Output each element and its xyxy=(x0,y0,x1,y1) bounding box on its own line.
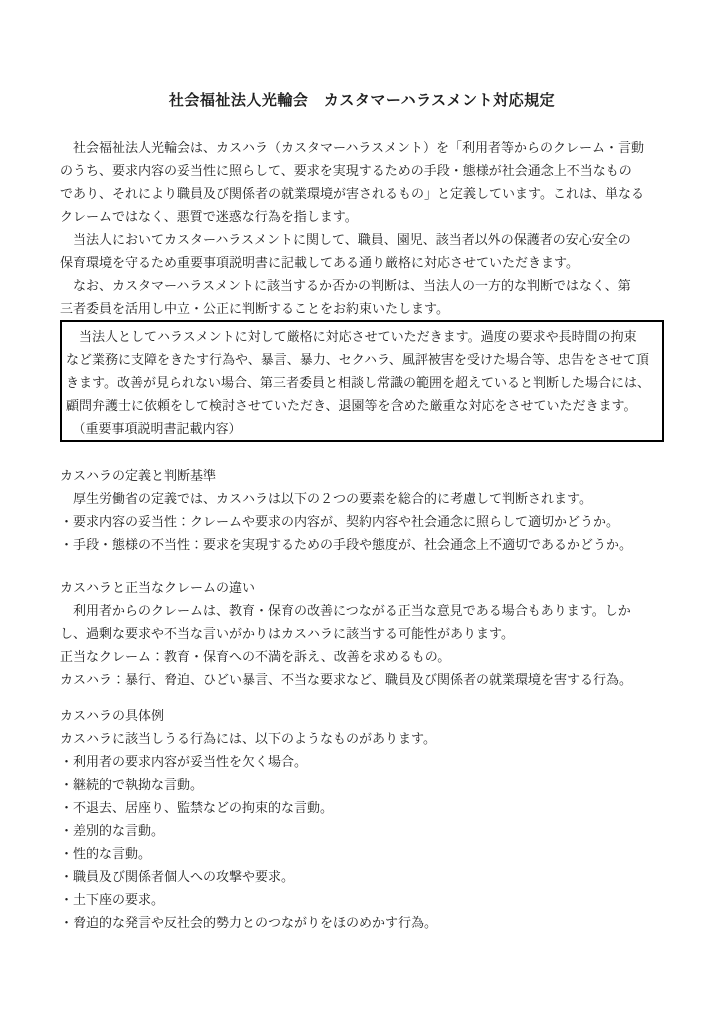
text-line: クレームではなく、悪質で迷惑な行為を指します。 xyxy=(60,205,664,228)
text-line: 当法人においてカスターハラスメントに関して、職員、園児、該当者以外の保護者の安心… xyxy=(60,228,664,251)
section-examples: カスハラの具体例 カスハラに該当しうる行為には、以下のようなものがあります。 ・… xyxy=(60,704,664,934)
text-line: 厚生労働省の定義では、カスハラは以下の２つの要素を総合的に考慮して判断されます。 xyxy=(60,487,664,510)
section-legitimate-claim-difference: カスハラと正当なクレームの違い 利用者からのクレームは、教育・保育の改善につなが… xyxy=(60,576,664,691)
list-item: ・性的な言動。 xyxy=(60,842,664,865)
text-line: （重要事項説明書記載内容） xyxy=(66,417,658,440)
text-line: など業務に支障をきたす行為や、暴言、暴力、セクハラ、風評被害を受けた場合等、忠告… xyxy=(66,348,658,371)
document-page: 社会福祉法人光輪会 カスタマーハラスメント対応規定 社会福祉法人光輪会は、カスハ… xyxy=(0,0,724,1024)
text-line: し、過剰な要求や不当な言いがかりはカスハラに該当する可能性があります。 xyxy=(60,622,664,645)
list-item: ・職員及び関係者個人への攻撃や要求。 xyxy=(60,865,664,888)
text-line: ・手段・態様の不当性：要求を実現するための手段や態度が、社会通念上不適切であるか… xyxy=(60,533,664,556)
section-definition-criteria: カスハラの定義と判断基準 厚生労働省の定義では、カスハラは以下の２つの要素を総合… xyxy=(60,464,664,556)
list-item: ・脅迫的な発言や反社会的勢力とのつながりをほのめかす行為。 xyxy=(60,911,664,934)
intro-paragraphs: 社会福祉法人光輪会は、カスハラ（カスタマーハラスメント）を「利用者等からのクレー… xyxy=(60,136,664,320)
text-line: 顧問弁護士に依頼をして検討させていただき、退園等を含めた厳重な対応をさせていただ… xyxy=(66,394,658,417)
text-line: ・要求内容の妥当性：クレームや要求の内容が、契約内容や社会通念に照らして適切かど… xyxy=(60,510,664,533)
text-line: 社会福祉法人光輪会は、カスハラ（カスタマーハラスメント）を「利用者等からのクレー… xyxy=(60,136,664,159)
list-item: ・差別的な言動。 xyxy=(60,819,664,842)
text-line: 保育環境を守るため重要事項説明書に記載してある通り厳格に対応させていただきます。 xyxy=(60,251,664,274)
text-line: きます。改善が見られない場合、第三者委員と相談し常識の範囲を超えていると判断した… xyxy=(66,371,658,394)
text-line: カスハラに該当しうる行為には、以下のようなものがあります。 xyxy=(60,727,664,750)
text-line: であり、それにより職員及び関係者の就業環境が害されるもの」と定義しています。これ… xyxy=(60,182,664,205)
section-heading: カスハラの具体例 xyxy=(60,704,664,727)
list-item: ・利用者の要求内容が妥当性を欠く場合。 xyxy=(60,750,664,773)
text-line: 三者委員を活用し中立・公正に判断することをお約束いたします。 xyxy=(60,297,664,320)
list-item: ・継続的で執拗な言動。 xyxy=(60,773,664,796)
text-line: カスハラ：暴行、脅迫、ひどい暴言、不当な要求など、職員及び関係者の就業環境を害す… xyxy=(60,668,664,691)
text-line: 当法人としてハラスメントに対して厳格に対応させていただきます。過度の要求や長時間… xyxy=(66,325,658,348)
document-title: 社会福祉法人光輪会 カスタマーハラスメント対応規定 xyxy=(60,90,664,113)
list-item: ・不退去、居座り、監禁などの拘束的な言動。 xyxy=(60,796,664,819)
text-line: なお、カスタマーハラスメントに該当するか否かの判断は、当法人の一方的な判断ではな… xyxy=(60,274,664,297)
notice-box: 当法人としてハラスメントに対して厳格に対応させていただきます。過度の要求や長時間… xyxy=(60,320,664,442)
list-item: ・土下座の要求。 xyxy=(60,888,664,911)
section-heading: カスハラの定義と判断基準 xyxy=(60,464,664,487)
text-line: 正当なクレーム：教育・保育への不満を訴え、改善を求めるもの。 xyxy=(60,645,664,668)
section-heading: カスハラと正当なクレームの違い xyxy=(60,576,664,599)
text-line: のうち、要求内容の妥当性に照らして、要求を実現するための手段・態様が社会通念上不… xyxy=(60,159,664,182)
text-line: 利用者からのクレームは、教育・保育の改善につながる正当な意見である場合もあります… xyxy=(60,599,664,622)
